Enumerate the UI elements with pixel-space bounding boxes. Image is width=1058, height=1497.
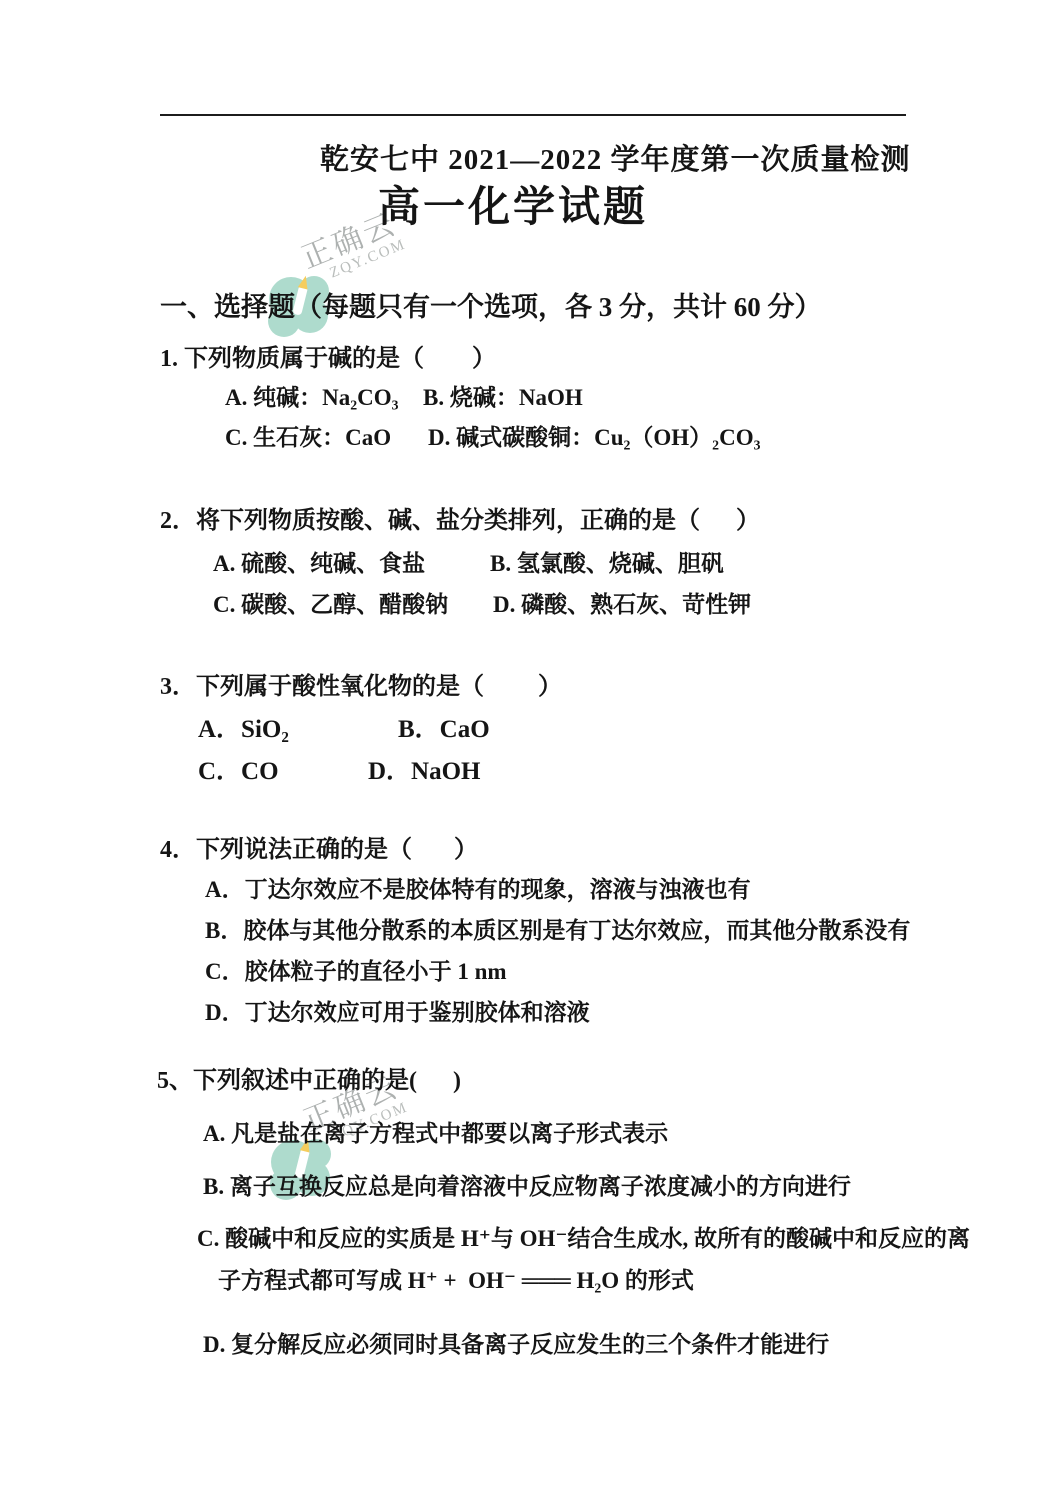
question-5-option-c-line2: 子方程式都可写成 H⁺ + OH⁻ ═══ H₂O 的形式 [218,1268,694,1294]
question-3-option-b: B．CaO [398,716,490,745]
document-title: 乾安七中 2021—2022 学年度第一次质量检测 [320,144,911,177]
question-2-option-d: D. 磷酸、熟石灰、苛性钾 [493,592,751,618]
question-5-option-a: A. 凡是盐在离子方程式中都要以离子形式表示 [203,1121,668,1147]
header-rule [160,114,906,116]
section-heading: 一、选择题（每题只有一个选项，各 3 分，共计 60 分） [160,292,822,323]
question-4-option-d: D．丁达尔效应可用于鉴别胶体和溶液 [205,1000,590,1026]
question-2-option-c: C. 碳酸、乙醇、醋酸钠 [213,592,448,618]
question-5-option-d: D. 复分解反应必须同时具备离子反应发生的三个条件才能进行 [203,1332,829,1358]
question-4-option-c: C．胶体粒子的直径小于 1 nm [205,959,507,985]
question-1-option-d: D. 碱式碳酸铜：Cu₂（OH）₂CO₃ [428,425,760,451]
question-2-stem: 2．将下列物质按酸、碱、盐分类排列，正确的是（ ） [160,508,760,536]
question-2-option-a: A. 硫酸、纯碱、食盐 [213,551,425,577]
question-3-option-a: A．SiO₂ [198,716,289,745]
question-1-option-c: C. 生石灰：CaO [225,425,391,451]
question-3-option-d: D．NaOH [368,758,481,787]
question-3-option-c: C．CO [198,758,279,787]
question-1-option-a: A. 纯碱：Na₂CO₃ [225,385,399,411]
exam-page: 乾安七中 2021—2022 学年度第一次质量检测 高一化学试题 正确云 ZQY… [0,0,1058,1497]
question-5-option-b: B. 离子互换反应总是向着溶液中反应物离子浓度减小的方向进行 [203,1174,851,1200]
question-4-option-b: B．胶体与其他分散系的本质区别是有丁达尔效应，而其他分散系没有 [205,918,910,944]
question-2-option-b: B. 氢氯酸、烧碱、胆矾 [490,551,724,577]
question-1-stem: 1. 下列物质属于碱的是（ ） [160,346,496,374]
question-4-option-a: A．丁达尔效应不是胶体特有的现象，溶液与浊液也有 [205,877,751,903]
question-1-option-b: B. 烧碱：NaOH [423,385,583,411]
question-5-stem: 5、下列叙述中正确的是( ) [157,1068,461,1096]
question-3-stem: 3．下列属于酸性氧化物的是（ ） [160,674,562,702]
question-5-option-c-line1: C. 酸碱中和反应的实质是 H⁺与 OH⁻结合生成水, 故所有的酸碱中和反应的离 [197,1226,970,1252]
exam-title: 高一化学试题 [378,184,648,232]
question-4-stem: 4．下列说法正确的是（ ） [160,837,478,865]
